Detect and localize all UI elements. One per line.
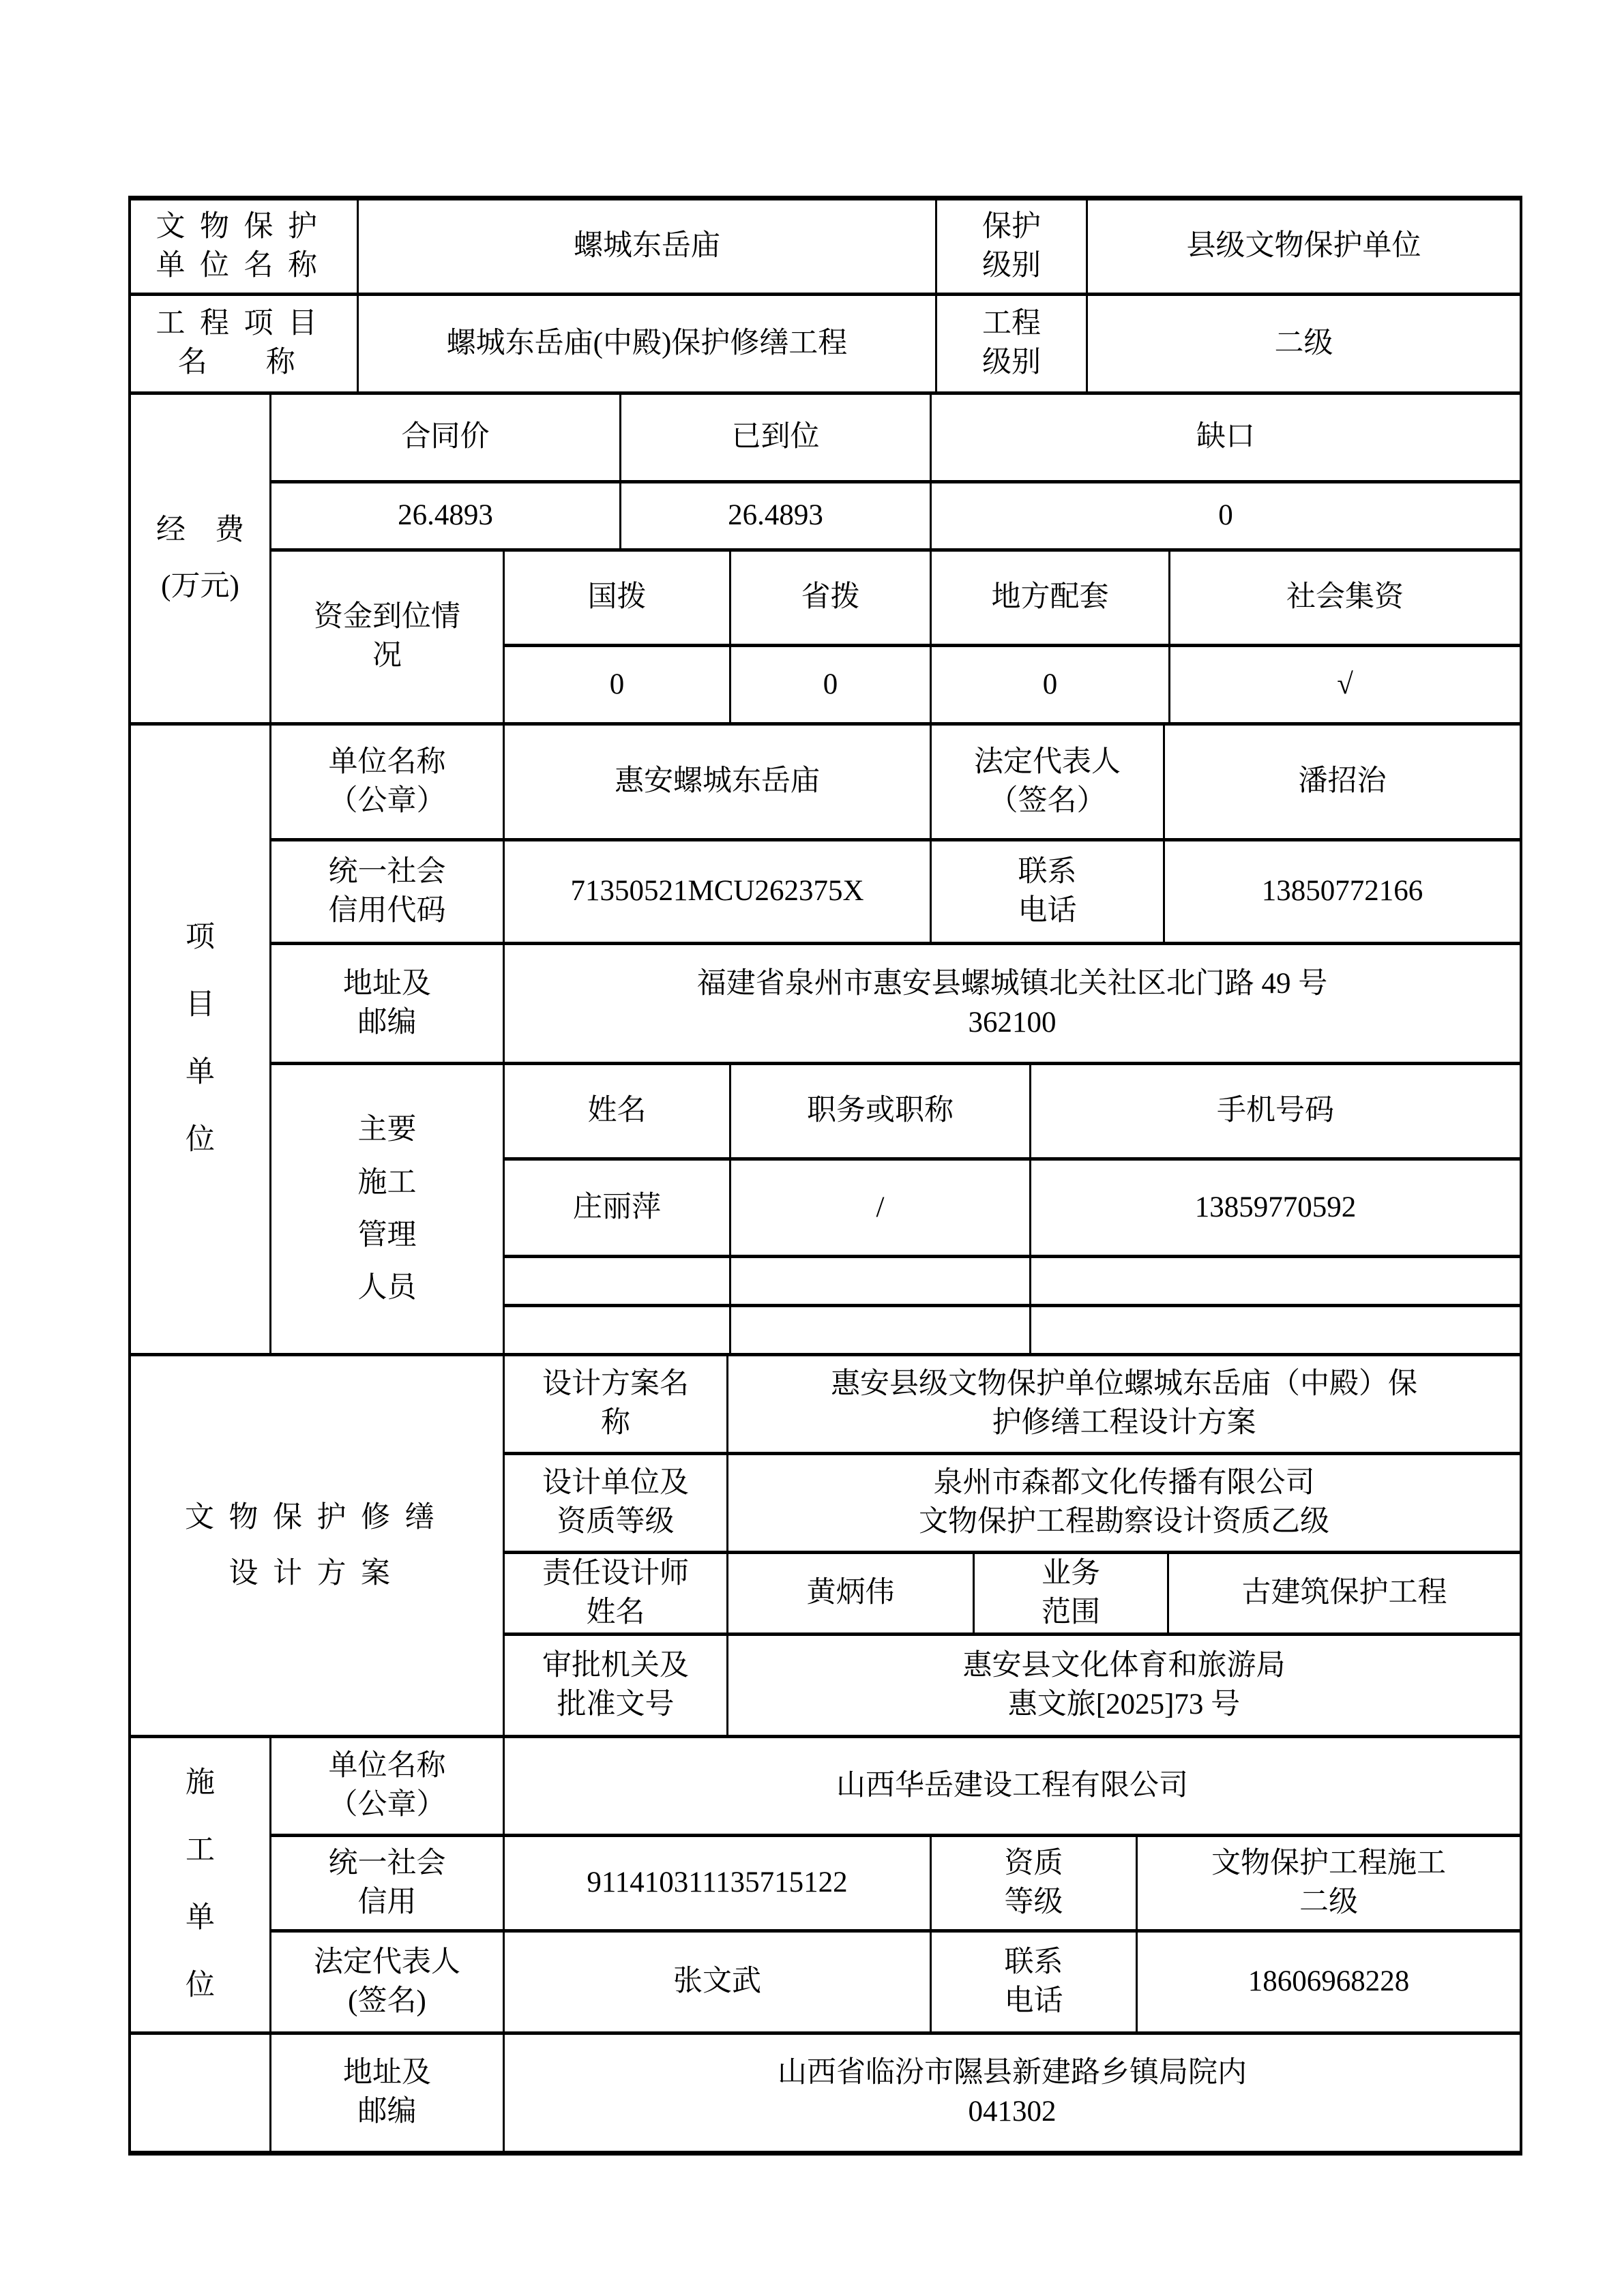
funding-value-row: 26.4893 26.4893 0 bbox=[271, 483, 1520, 552]
field-label-heritage-unit-name: 文物保护 单位名称 bbox=[131, 200, 359, 296]
manager-header-row: 姓名 职务或职称 手机号码 bbox=[505, 1065, 1520, 1161]
source-local-matching-header: 地方配套 bbox=[932, 552, 1170, 647]
source-local-matching-value: 0 bbox=[932, 647, 1170, 726]
project-credit-code-label: 统一社会 信用代码 bbox=[271, 841, 505, 945]
construction-legal-rep-label: 法定代表人 (签名) bbox=[271, 1933, 505, 2035]
qualification-grade-label: 资质 等级 bbox=[932, 1837, 1138, 1933]
qualification-grade-value: 文物保护工程施工 二级 bbox=[1138, 1837, 1520, 1933]
project-unit-name-row: 单位名称 （公章） 惠安螺城东岳庙 法定代表人 （签名） 潘招治 bbox=[271, 726, 1520, 841]
field-label-protection-level: 保护 级别 bbox=[937, 200, 1088, 296]
manager-row-empty bbox=[505, 1258, 1520, 1307]
source-social-checkmark: √ bbox=[1170, 647, 1520, 726]
project-legal-rep-label: 法定代表人 （签名） bbox=[932, 726, 1165, 841]
construction-address-spacer-cell bbox=[131, 2035, 271, 2151]
design-section-side-label: 文物保护修缮 设计方案 bbox=[131, 1356, 505, 1738]
funding-section: 经 费 (万元) 合同价 已到位 缺口 26.4893 26.4893 0 资金… bbox=[131, 395, 1520, 726]
project-unit-name-value: 惠安螺城东岳庙 bbox=[505, 726, 932, 841]
scheme-name-row: 设计方案名 称 惠安县级文物保护单位螺城东岳庙（中殿）保 护修缮工程设计方案 bbox=[505, 1356, 1520, 1455]
manager-mobile-header: 手机号码 bbox=[1031, 1065, 1520, 1161]
source-provincial-value: 0 bbox=[731, 647, 932, 726]
scheme-name-value: 惠安县级文物保护单位螺城东岳庙（中殿）保 护修缮工程设计方案 bbox=[728, 1356, 1520, 1455]
business-scope-label: 业务 范围 bbox=[975, 1554, 1169, 1636]
source-national-value: 0 bbox=[505, 647, 731, 726]
funds-received-value: 26.4893 bbox=[621, 483, 932, 552]
project-credit-code-value: 71350521MCU262375X bbox=[505, 841, 932, 945]
manager-mobile-value: 13859770592 bbox=[1031, 1161, 1520, 1258]
project-credit-code-row: 统一社会 信用代码 71350521MCU262375X 联系 电话 13850… bbox=[271, 841, 1520, 945]
construction-side-label: 施 工 单 位 bbox=[131, 1738, 271, 2035]
funding-header-row: 合同价 已到位 缺口 bbox=[271, 395, 1520, 483]
manager-empty-mobile-cell bbox=[1031, 1258, 1520, 1307]
funding-side-label: 经 费 (万元) bbox=[131, 395, 271, 726]
construction-section: 施 工 单 位 单位名称 （公章） 山西华岳建设工程有限公司 统一社会 信用 9… bbox=[131, 1738, 1520, 2035]
source-social-header: 社会集资 bbox=[1170, 552, 1520, 647]
registration-form-table: 文物保护 单位名称 螺城东岳庙 保护 级别 县级文物保护单位 工程项目 名 称 … bbox=[128, 196, 1522, 2156]
field-label-project-name: 工程项目 名 称 bbox=[131, 296, 359, 395]
source-national-header: 国拨 bbox=[505, 552, 731, 647]
heritage-unit-name-value: 螺城东岳庙 bbox=[359, 200, 937, 296]
project-name-value: 螺城东岳庙(中殿)保护修缮工程 bbox=[359, 296, 937, 395]
project-phone-value: 13850772166 bbox=[1165, 841, 1520, 945]
project-address-value: 福建省泉州市惠安县螺城镇北关社区北门路 49 号 362100 bbox=[505, 945, 1520, 1065]
construction-legal-rep-row: 法定代表人 (签名) 张文武 联系 电话 18606968228 bbox=[271, 1933, 1520, 2035]
project-unit-name-label: 单位名称 （公章） bbox=[271, 726, 505, 841]
row-project-name: 工程项目 名 称 螺城东岳庙(中殿)保护修缮工程 工程 级别 二级 bbox=[131, 296, 1520, 395]
manager-title-header: 职务或职称 bbox=[731, 1065, 1031, 1161]
row-heritage-unit: 文物保护 单位名称 螺城东岳庙 保护 级别 县级文物保护单位 bbox=[131, 200, 1520, 296]
construction-credit-value: 911410311135715122 bbox=[505, 1837, 932, 1933]
project-unit-side-label: 项 目 单 位 bbox=[131, 726, 271, 1356]
lead-designer-value: 黄炳伟 bbox=[728, 1554, 975, 1636]
construction-phone-value: 18606968228 bbox=[1138, 1933, 1520, 2035]
manager-name-header: 姓名 bbox=[505, 1065, 731, 1161]
manager-empty-title-cell bbox=[731, 1307, 1031, 1356]
field-label-project-grade: 工程 级别 bbox=[937, 296, 1088, 395]
manager-empty-name-cell bbox=[505, 1258, 731, 1307]
construction-unit-name-row: 单位名称 （公章） 山西华岳建设工程有限公司 bbox=[271, 1738, 1520, 1837]
project-address-row: 地址及 邮编 福建省泉州市惠安县螺城镇北关社区北门路 49 号 362100 bbox=[271, 945, 1520, 1065]
contract-price-value: 26.4893 bbox=[271, 483, 621, 552]
funding-status-block: 资金到位情 况 国拨 省拨 地方配套 社会集资 0 0 0 √ bbox=[271, 552, 1520, 726]
construction-address-value: 山西省临汾市隰县新建路乡镇局院内 041302 bbox=[505, 2035, 1520, 2151]
manager-row: 庄丽萍 / 13859770592 bbox=[505, 1161, 1520, 1258]
manager-title-value: / bbox=[731, 1161, 1031, 1258]
design-org-value: 泉州市森都文化传播有限公司 文物保护工程勘察设计资质乙级 bbox=[728, 1455, 1520, 1554]
approval-row: 审批机关及 批准文号 惠安县文化体育和旅游局 惠文旅[2025]73 号 bbox=[505, 1636, 1520, 1738]
managers-side-label: 主要 施工 管理 人员 bbox=[271, 1065, 505, 1356]
project-address-label: 地址及 邮编 bbox=[271, 945, 505, 1065]
funding-source-value-row: 0 0 0 √ bbox=[505, 647, 1520, 726]
project-grade-value: 二级 bbox=[1088, 296, 1520, 395]
source-provincial-header: 省拨 bbox=[731, 552, 932, 647]
construction-credit-row: 统一社会 信用 911410311135715122 资质 等级 文物保护工程施… bbox=[271, 1837, 1520, 1933]
construction-address-row: 地址及 邮编 山西省临汾市隰县新建路乡镇局院内 041302 bbox=[131, 2035, 1520, 2151]
managers-block: 主要 施工 管理 人员 姓名 职务或职称 手机号码 庄丽萍 / 13859770… bbox=[271, 1065, 1520, 1356]
protection-level-value: 县级文物保护单位 bbox=[1088, 200, 1520, 296]
funds-received-header: 已到位 bbox=[621, 395, 932, 483]
construction-unit-name-label: 单位名称 （公章） bbox=[271, 1738, 505, 1837]
manager-row-empty bbox=[505, 1307, 1520, 1356]
funding-gap-header: 缺口 bbox=[932, 395, 1520, 483]
design-section: 文物保护修缮 设计方案 设计方案名 称 惠安县级文物保护单位螺城东岳庙（中殿）保… bbox=[131, 1356, 1520, 1738]
project-legal-rep-value: 潘招治 bbox=[1165, 726, 1520, 841]
manager-name-value: 庄丽萍 bbox=[505, 1161, 731, 1258]
business-scope-value: 古建筑保护工程 bbox=[1169, 1554, 1520, 1636]
manager-empty-title-cell bbox=[731, 1258, 1031, 1307]
project-unit-section: 项 目 单 位 单位名称 （公章） 惠安螺城东岳庙 法定代表人 （签名） 潘招治… bbox=[131, 726, 1520, 1356]
design-org-label: 设计单位及 资质等级 bbox=[505, 1455, 728, 1554]
lead-designer-label: 责任设计师 姓名 bbox=[505, 1554, 728, 1636]
design-org-row: 设计单位及 资质等级 泉州市森都文化传播有限公司 文物保护工程勘察设计资质乙级 bbox=[505, 1455, 1520, 1554]
construction-phone-label: 联系 电话 bbox=[932, 1933, 1138, 2035]
construction-address-label: 地址及 邮编 bbox=[271, 2035, 505, 2151]
lead-designer-row: 责任设计师 姓名 黄炳伟 业务 范围 古建筑保护工程 bbox=[505, 1554, 1520, 1636]
approval-authority-label: 审批机关及 批准文号 bbox=[505, 1636, 728, 1738]
manager-empty-mobile-cell bbox=[1031, 1307, 1520, 1356]
document-page: { "page": {"background": "#ffffff", "bor… bbox=[0, 0, 1624, 2296]
funding-gap-value: 0 bbox=[932, 483, 1520, 552]
project-phone-label: 联系 电话 bbox=[932, 841, 1165, 945]
manager-empty-name-cell bbox=[505, 1307, 731, 1356]
construction-unit-name-value: 山西华岳建设工程有限公司 bbox=[505, 1738, 1520, 1837]
construction-legal-rep-value: 张文武 bbox=[505, 1933, 932, 2035]
approval-authority-value: 惠安县文化体育和旅游局 惠文旅[2025]73 号 bbox=[728, 1636, 1520, 1738]
contract-price-header: 合同价 bbox=[271, 395, 621, 483]
scheme-name-label: 设计方案名 称 bbox=[505, 1356, 728, 1455]
funding-status-label: 资金到位情 况 bbox=[271, 552, 505, 726]
funding-source-header-row: 国拨 省拨 地方配套 社会集资 bbox=[505, 552, 1520, 647]
construction-credit-label: 统一社会 信用 bbox=[271, 1837, 505, 1933]
